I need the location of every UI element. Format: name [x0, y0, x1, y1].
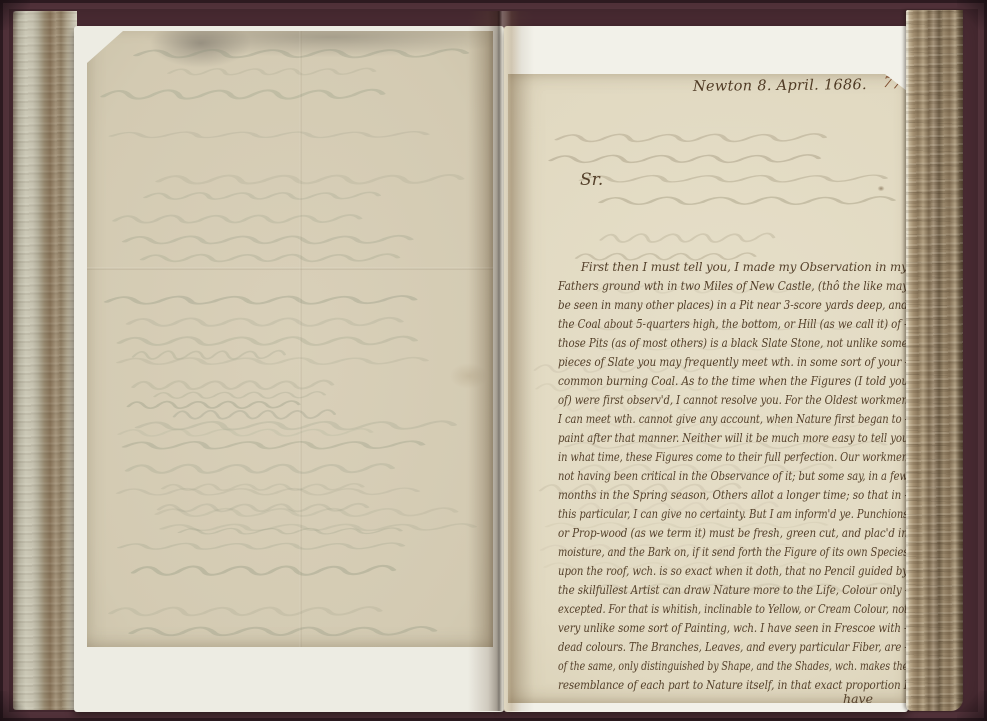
left-bleedthrough-writing	[87, 31, 493, 647]
horizontal-fold-crease	[87, 267, 493, 270]
body-line: upon the roof, wch. is so exact when it …	[558, 561, 844, 580]
body-line: First then I must tell you, I made my Ob…	[558, 257, 891, 276]
body-line: resemblance of each part to Nature itsel…	[558, 675, 850, 694]
letter-date: Newton 8. April. 1686.	[693, 76, 867, 96]
body-line: I can meet wth. cannot give any account,…	[558, 409, 840, 428]
vertical-fold-crease	[299, 31, 302, 647]
body-line: very unlike some sort of Painting, wch. …	[558, 618, 847, 637]
body-line: paint after that manner. Neither will it…	[558, 428, 844, 447]
letter-page: Newton 8. April. 1686. 77 Sr. First then…	[508, 74, 907, 703]
body-line: this particular, I can give no certainty…	[558, 504, 838, 523]
body-line: in what time, these Figures come to thei…	[558, 447, 836, 466]
body-line: not having been critical in the Observan…	[558, 466, 839, 485]
body-line: excepted. For that is whitish, inclinabl…	[558, 599, 836, 618]
body-line: Fathers ground wth in two Miles of New C…	[558, 276, 860, 295]
body-line: moisture, and the Bark on, if it send fo…	[558, 542, 835, 561]
open-book-photo: Newton 8. April. 1686. 77 Sr. First then…	[0, 0, 987, 721]
body-line: those Pits (as of most others) is a blac…	[558, 333, 847, 352]
left-page-block-edge	[13, 11, 77, 710]
body-line: months in the Spring season, Others allo…	[558, 485, 851, 504]
fore-edge-page-block	[906, 10, 963, 711]
body-line: of the same, only distinguished by Shape…	[558, 656, 824, 675]
body-line: dead colours. The Branches, Leaves, and …	[558, 637, 844, 656]
body-line: common burning Coal. As to the time when…	[558, 371, 856, 390]
left-manuscript-page	[87, 31, 493, 647]
body-line: of) were first observ'd, I cannot resolv…	[558, 390, 844, 409]
body-line: or Prop-wood (as we term it) must be fre…	[558, 523, 849, 542]
body-line: the Coal about 5-quarters high, the bott…	[558, 314, 847, 333]
salutation: Sr.	[580, 171, 603, 189]
body-line: the skilfullest Artist can draw Nature m…	[558, 580, 849, 599]
body-line: pieces of Slate you may frequently meet …	[558, 352, 853, 371]
letter-body: First then I must tell you, I made my Ob…	[558, 257, 908, 694]
body-line: be seen in many other places) in a Pit n…	[558, 295, 852, 314]
